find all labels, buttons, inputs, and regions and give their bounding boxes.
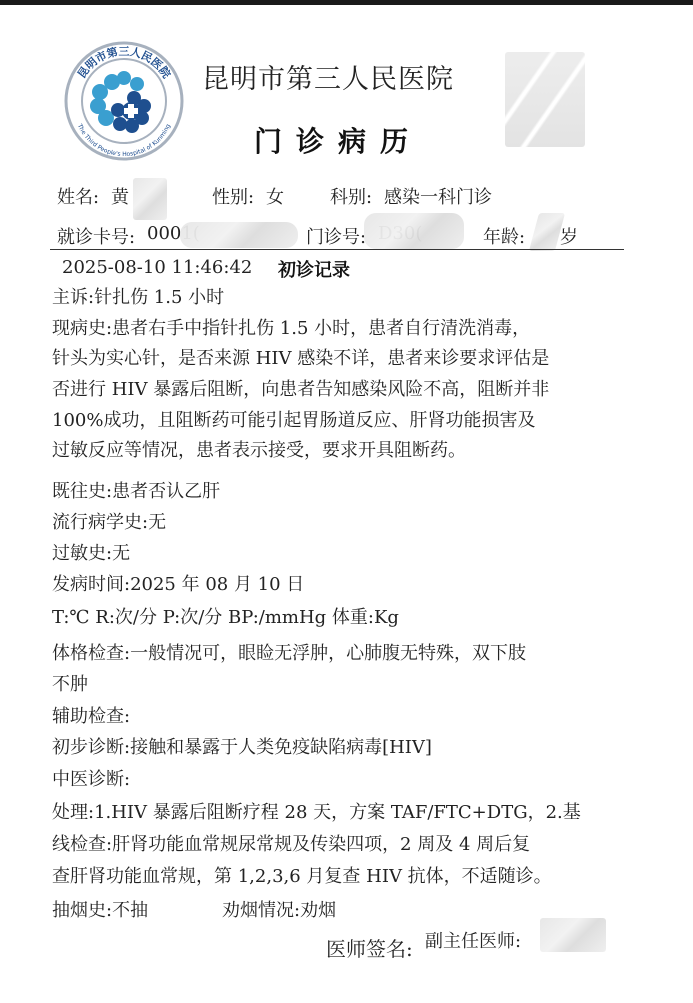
outpatient-number-label: 门诊号:: [306, 223, 366, 249]
redacted-card-number: [180, 222, 298, 248]
department-label: 科别:: [330, 183, 372, 209]
gender-value: 女: [266, 183, 284, 209]
redacted-seal: [505, 52, 585, 147]
top-bar: [0, 0, 693, 5]
header-divider: [50, 249, 624, 250]
vital-signs: T:℃ R:次/分 P:次/分 BP:/mmHg 体重:Kg: [52, 607, 399, 629]
name-value: 黄: [111, 183, 129, 209]
onset-time: 发病时间:2025 年 08 月 10 日: [52, 574, 304, 596]
redacted-name: [133, 178, 167, 220]
signature-value: 副主任医师:: [425, 927, 521, 953]
present-illness-line: 现病史:患者右手中指针扎伤 1.5 小时，患者自行清洗消毒，: [52, 318, 530, 340]
signature-label: 医师签名:: [326, 933, 413, 962]
hospital-name: 昆明市第三人民医院: [202, 57, 454, 96]
smoking-advice: 劝烟情况:劝烟: [222, 900, 336, 922]
record-title: 门诊病历: [254, 120, 422, 160]
physical-exam-line: 体格检查:一般情况可，眼睑无浮肿，心肺腹无特殊，双下肢: [52, 643, 526, 665]
present-illness-line: 过敏反应等情况，患者表示接受，要求开具阻断药。: [52, 440, 466, 462]
tcm-diagnosis: 中医诊断:: [52, 769, 130, 791]
allergy-history: 过敏史:无: [52, 543, 130, 565]
preliminary-diagnosis: 初步诊断:接触和暴露于人类免疫缺陷病毒[HIV]: [52, 737, 432, 759]
smoking-history: 抽烟史:不抽: [52, 900, 148, 922]
redacted-doctor-name: [540, 918, 606, 952]
treatment-line: 处理:1.HIV 暴露后阻断疗程 28 天，方案 TAF/FTC+DTG，2.基: [52, 802, 581, 824]
chief-complaint: 主诉:针扎伤 1.5 小时: [52, 287, 224, 309]
epidemiology-history: 流行病学史:无: [52, 512, 166, 534]
card-number-label: 就诊卡号:: [57, 223, 135, 249]
gender-label: 性别:: [212, 183, 254, 209]
name-label: 姓名:: [57, 183, 99, 209]
auxiliary-exam: 辅助检查:: [52, 706, 130, 728]
redacted-outpatient-number: [364, 213, 464, 249]
visit-datetime: 2025-08-10 11:46:42: [62, 257, 252, 278]
past-history: 既往史:患者否认乙肝: [52, 481, 220, 503]
age-unit: 岁: [560, 223, 578, 249]
present-illness-line: 否进行 HIV 暴露后阻断，向患者告知感染风险不高，阻断并非: [52, 379, 549, 401]
department-value: 感染一科门诊: [384, 183, 492, 209]
present-illness-line: 100%成功，且阻断药可能引起胃肠道反应、肝肾功能损害及: [52, 410, 535, 432]
treatment-line: 查肝肾功能血常规，第 1,2,3,6 月复查 HIV 抗体，不适随诊。: [52, 866, 552, 888]
present-illness-line: 针头为实心针，是否来源 HIV 感染不详，患者来诊要求评估是: [52, 348, 549, 370]
hospital-logo-icon: 昆明市第三人民医院 The Third People's Hospital of…: [62, 40, 186, 162]
age-label: 年龄:: [483, 223, 525, 249]
visit-type: 初诊记录: [278, 256, 350, 282]
treatment-line: 线检查:肝肾功能血常规尿常规及传染四项，2 周及 4 周后复: [52, 834, 530, 856]
physical-exam-line: 不肿: [52, 674, 88, 696]
